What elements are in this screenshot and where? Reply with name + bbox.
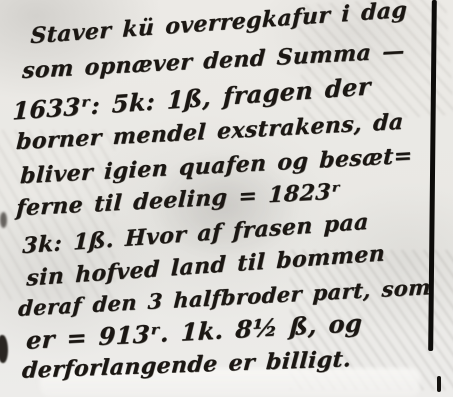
handwritten-text: Staver kü overregkafur i dag som opnæver… [0, 0, 453, 397]
manuscript-page: Staver kü overregkafur i dag som opnæver… [0, 0, 453, 397]
